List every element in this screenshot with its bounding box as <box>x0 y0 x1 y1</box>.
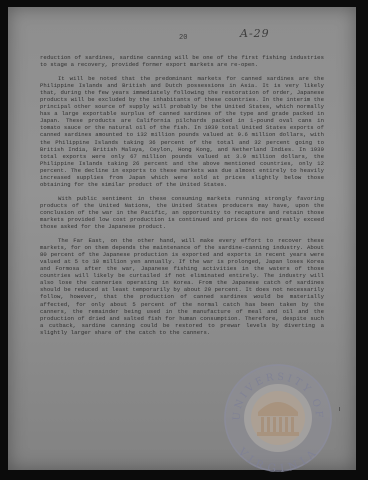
paragraph-2: It will be noted that the predominant ma… <box>40 75 324 188</box>
paragraph-3: With public sentiment in these consuming… <box>40 195 324 230</box>
university-seal-watermark-icon: UNIVERSITY OF VIRGINIA <box>222 362 334 474</box>
document-body: reduction of sardines, sardine canning w… <box>40 54 324 343</box>
scan-artifact <box>339 407 340 411</box>
paragraph-4: The Far East, on the other hand, will ma… <box>40 237 324 336</box>
handwritten-page-mark: A-29 <box>240 27 270 40</box>
paragraph-1: reduction of sardines, sardine canning w… <box>40 54 324 68</box>
document-page: A-29 20 reduction of sardines, sardine c… <box>8 7 356 470</box>
page-number: 20 <box>179 34 187 42</box>
